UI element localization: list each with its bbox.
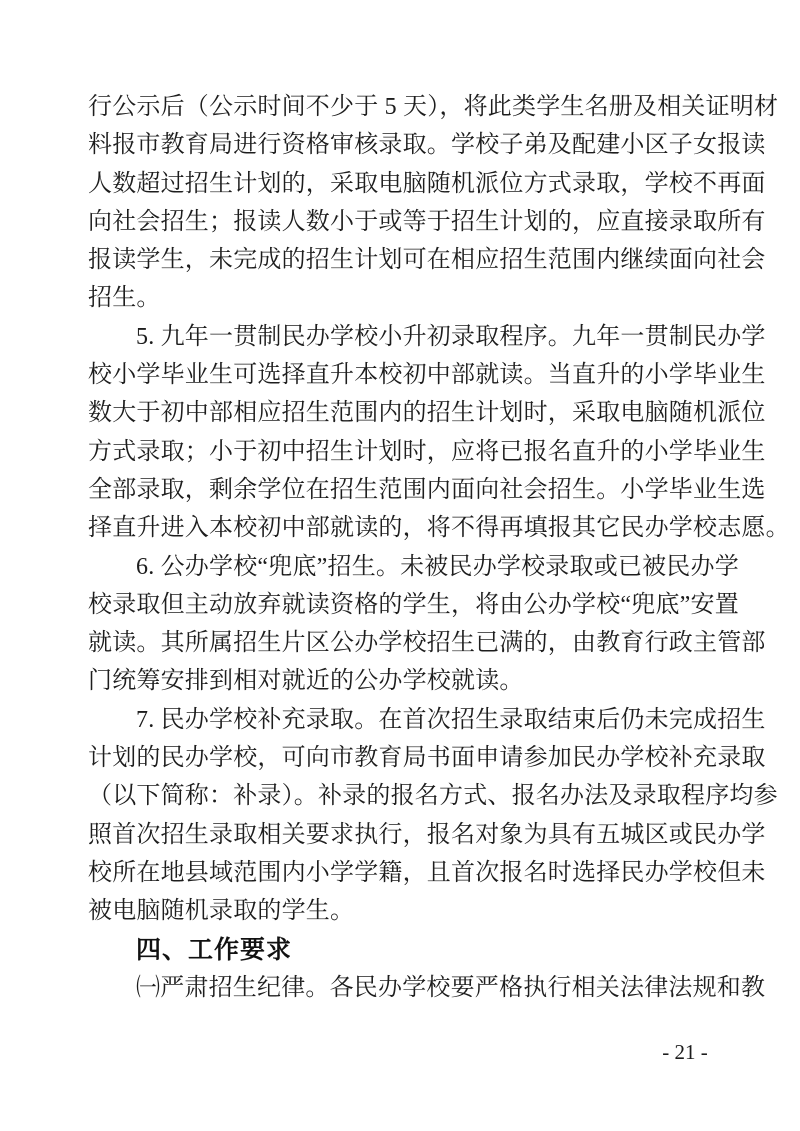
body-text-line: 人数超过招生计划的，采取电脑随机派位方式录取，学校不再面 (88, 165, 716, 203)
section-heading: 四、工作要求 (88, 931, 716, 969)
body-text-line: 全部录取，剩余学位在招生范围内面向社会招生。小学毕业生选 (88, 471, 716, 509)
body-text-line: 就读。其所属招生片区公办学校招生已满的，由教育行政主管部 (88, 624, 716, 662)
body-text-line: 校小学毕业生可选择直升本校初中部就读。当直升的小学毕业生 (88, 356, 716, 394)
document-page: 行公示后（公示时间不少于 5 天），将此类学生名册及相关证明材料报市教育局进行资… (0, 0, 800, 1131)
body-text-line: 报读学生，未完成的招生计划可在相应招生范围内继续面向社会 (88, 241, 716, 279)
page-number: - 21 - (640, 1040, 730, 1065)
body-text-line: 被电脑随机录取的学生。 (88, 892, 716, 930)
body-text-line: 行公示后（公示时间不少于 5 天），将此类学生名册及相关证明材 (88, 88, 716, 126)
body-text-line: 6. 公办学校“兜底”招生。未被民办学校录取或已被民办学 (88, 548, 716, 586)
body-text-line: 校所在地县域范围内小学学籍，且首次报名时选择民办学校但未 (88, 854, 716, 892)
body-text-line: 5. 九年一贯制民办学校小升初录取程序。九年一贯制民办学 (88, 318, 716, 356)
body-text-line: 计划的民办学校，可向市教育局书面申请参加民办学校补充录取 (88, 739, 716, 777)
body-text-line: ㈠严肃招生纪律。各民办学校要严格执行相关法律法规和教 (88, 969, 716, 1007)
body-text-line: 向社会招生；报读人数小于或等于招生计划的，应直接录取所有 (88, 203, 716, 241)
body-text-line: （以下简称：补录）。补录的报名方式、报名办法及录取程序均参 (88, 777, 716, 815)
body-text-line: 招生。 (88, 279, 716, 317)
body-text-line: 料报市教育局进行资格审核录取。学校子弟及配建小区子女报读 (88, 126, 716, 164)
body-text-line: 数大于初中部相应招生范围内的招生计划时，采取电脑随机派位 (88, 394, 716, 432)
document-body: 行公示后（公示时间不少于 5 天），将此类学生名册及相关证明材料报市教育局进行资… (88, 88, 716, 1007)
body-text-line: 门统筹安排到相对就近的公办学校就读。 (88, 662, 716, 700)
body-text-line: 择直升进入本校初中部就读的，将不得再填报其它民办学校志愿。 (88, 509, 716, 547)
body-text-line: 校录取但主动放弃就读资格的学生，将由公办学校“兜底”安置 (88, 586, 716, 624)
body-text-line: 照首次招生录取相关要求执行，报名对象为具有五城区或民办学 (88, 816, 716, 854)
body-text-line: 7. 民办学校补充录取。在首次招生录取结束后仍未完成招生 (88, 701, 716, 739)
body-text-line: 方式录取；小于初中招生计划时，应将已报名直升的小学毕业生 (88, 433, 716, 471)
